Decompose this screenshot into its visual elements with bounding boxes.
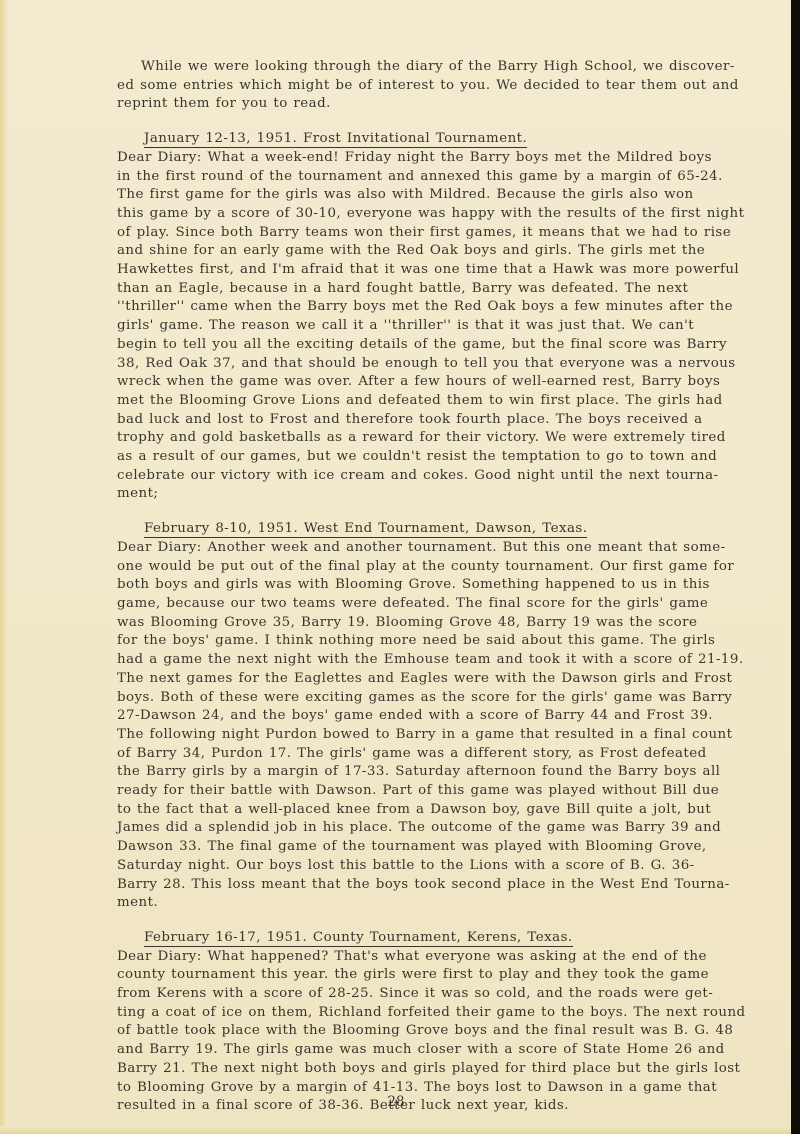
entry-line: ment. xyxy=(117,894,789,913)
entry-line: The first game for the girls was also wi… xyxy=(117,186,789,205)
entry-line: boys. Both of these were exciting games … xyxy=(117,689,789,708)
entry-line: county tournament this year. the girls w… xyxy=(117,966,789,985)
entry-heading: January 12-13, 1951. Frost Invitational … xyxy=(144,130,527,148)
entry-line: than an Eagle, because in a hard fought … xyxy=(117,280,789,299)
entry-line: Dear Diary: What a week-end! Friday nigh… xyxy=(117,149,789,168)
entry-line: for the boys' game. I think nothing more… xyxy=(117,632,789,651)
page-number: 28 xyxy=(0,1094,792,1110)
intro-paragraph: While we were looking through the diary … xyxy=(117,58,789,114)
entry-line: The following night Purdon bowed to Barr… xyxy=(117,726,789,745)
entry-line: one would be put out of the final play a… xyxy=(117,558,789,577)
diary-entry: January 12-13, 1951. Frost Invitational … xyxy=(117,130,789,504)
entry-line: Dear Diary: What happened? That's what e… xyxy=(117,948,789,967)
entry-line: to the fact that a well-placed knee from… xyxy=(117,801,789,820)
entry-line: Barry 28. This loss meant that the boys … xyxy=(117,876,789,895)
entry-line: begin to tell you all the exciting detai… xyxy=(117,336,789,355)
entry-line: game, because our two teams were defeate… xyxy=(117,595,789,614)
entry-heading: February 8-10, 1951. West End Tournament… xyxy=(144,520,587,538)
entry-line: had a game the next night with the Emhou… xyxy=(117,651,789,670)
intro-line: ed some entries which might be of intere… xyxy=(117,77,789,96)
entry-line: Hawkettes first, and I'm afraid that it … xyxy=(117,261,789,280)
entry-line: The next games for the Eaglettes and Eag… xyxy=(117,670,789,689)
entry-line: met the Blooming Grove Lions and defeate… xyxy=(117,392,789,411)
entry-line: of battle took place with the Blooming G… xyxy=(117,1022,789,1041)
entry-line: and shine for an early game with the Red… xyxy=(117,242,789,261)
entry-line: Dear Diary: Another week and another tou… xyxy=(117,539,789,558)
scan-edge xyxy=(791,0,800,1134)
entry-line: Saturday night. Our boys lost this battl… xyxy=(117,857,789,876)
entry-line: was Blooming Grove 35, Barry 19. Bloomin… xyxy=(117,614,789,633)
scanned-page: While we were looking through the diary … xyxy=(0,0,792,1134)
entry-line: bad luck and lost to Frost and therefore… xyxy=(117,411,789,430)
entry-line: ''thriller'' came when the Barry boys me… xyxy=(117,298,789,317)
entry-line: ting a coat of ice on them, Richland for… xyxy=(117,1004,789,1023)
entry-line: as a result of our games, but we couldn'… xyxy=(117,448,789,467)
entry-line: both boys and girls was with Blooming Gr… xyxy=(117,576,789,595)
entry-line: trophy and gold basketballs as a reward … xyxy=(117,429,789,448)
entry-line: the Barry girls by a margin of 17-33. Sa… xyxy=(117,763,789,782)
entry-line: Barry 21. The next night both boys and g… xyxy=(117,1060,789,1079)
entry-line: girls' game. The reason we call it a ''t… xyxy=(117,317,789,336)
entry-line: ready for their battle with Dawson. Part… xyxy=(117,782,789,801)
entry-line: wreck when the game was over. After a fe… xyxy=(117,373,789,392)
entry-line: celebrate our victory with ice cream and… xyxy=(117,467,789,486)
entry-line: of Barry 34, Purdon 17. The girls' game … xyxy=(117,745,789,764)
entry-heading: February 16-17, 1951. County Tournament,… xyxy=(144,929,573,947)
entry-line: 27-Dawson 24, and the boys' game ended w… xyxy=(117,707,789,726)
intro-line: While we were looking through the diary … xyxy=(117,58,789,77)
diary-entry: February 8-10, 1951. West End Tournament… xyxy=(117,520,789,913)
entry-line: from Kerens with a score of 28-25. Since… xyxy=(117,985,789,1004)
entry-line: and Barry 19. The girls game was much cl… xyxy=(117,1041,789,1060)
diary-entry: February 16-17, 1951. County Tournament,… xyxy=(117,929,789,1116)
diary-entries: January 12-13, 1951. Frost Invitational … xyxy=(117,130,789,1116)
entry-line: in the first round of the tournament and… xyxy=(117,168,789,187)
entry-line: ment; xyxy=(117,485,789,504)
entry-line: James did a splendid job in his place. T… xyxy=(117,819,789,838)
intro-line: reprint them for you to read. xyxy=(117,95,789,114)
entry-line: Dawson 33. The final game of the tournam… xyxy=(117,838,789,857)
entry-line: this game by a score of 30-10, everyone … xyxy=(117,205,789,224)
entry-line: of play. Since both Barry teams won thei… xyxy=(117,224,789,243)
article-body: While we were looking through the diary … xyxy=(117,58,789,1116)
entry-line: 38, Red Oak 37, and that should be enoug… xyxy=(117,355,789,374)
